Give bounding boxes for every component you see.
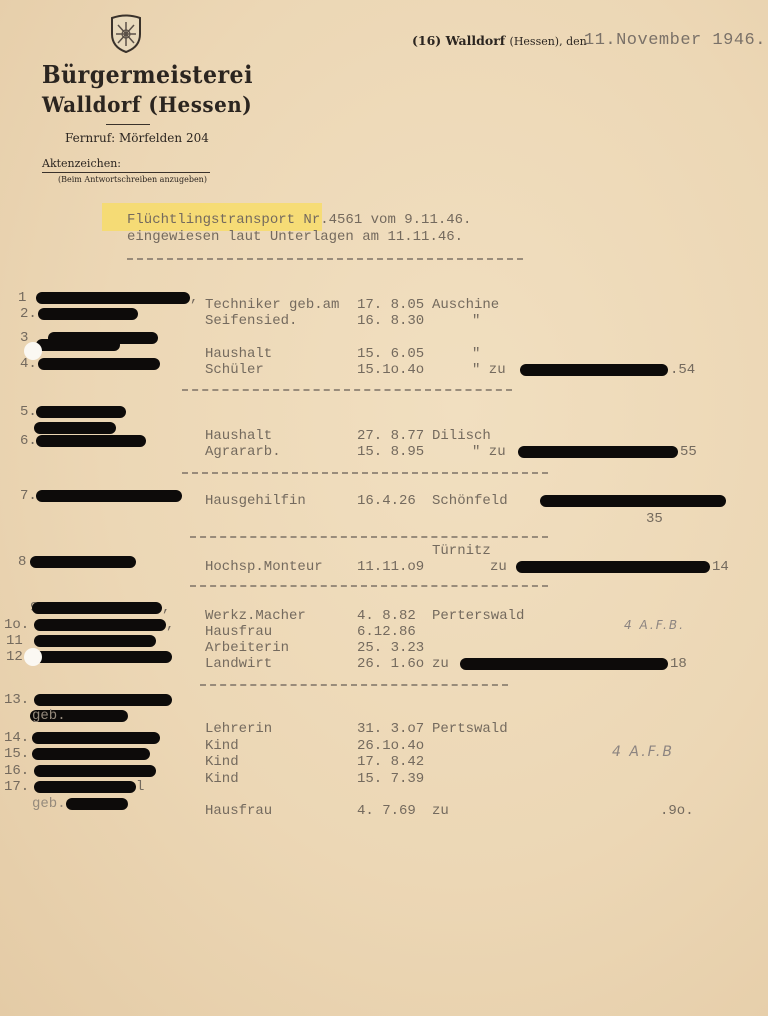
maiden-name-prefix: geb. xyxy=(32,708,66,724)
destination-number: 35 xyxy=(646,511,663,527)
redaction-bar xyxy=(36,406,126,418)
reference-label: Aktenzeichen: xyxy=(42,157,121,170)
origin: " zu xyxy=(472,444,506,460)
entry-number: 5. xyxy=(20,404,37,420)
birth-date: 31. 3.o7 xyxy=(357,721,424,737)
name-suffix: , xyxy=(162,600,170,616)
redaction-bar xyxy=(34,651,172,663)
birth-date: 26. 1.6o xyxy=(357,656,424,672)
occupation: Landwirt xyxy=(205,656,272,672)
reference-note: (Beim Antwortschreiben anzugeben) xyxy=(58,175,207,184)
occupation: Hausfrau xyxy=(205,803,272,819)
occupation: Kind xyxy=(205,771,239,787)
occupation: Haushalt xyxy=(205,346,272,362)
place-line: (16) Walldorf (Hessen), den xyxy=(412,33,587,48)
entry-number: 6. xyxy=(20,433,37,449)
redaction-bar xyxy=(460,658,668,670)
redaction-bar xyxy=(32,602,162,614)
destination-number: .54 xyxy=(670,362,695,378)
origin: Perterswald xyxy=(432,608,524,624)
birth-date: 15. 7.39 xyxy=(357,771,424,787)
origin: " zu xyxy=(472,362,506,378)
origin: Dilisch xyxy=(432,428,491,444)
destination-number: 18 xyxy=(670,656,687,672)
birth-date: 15. 8.95 xyxy=(357,444,424,460)
redaction-bar xyxy=(36,490,182,502)
birth-date: 4. 7.69 xyxy=(357,803,416,819)
entry-number: 2. xyxy=(20,306,37,322)
redaction-bar xyxy=(66,798,128,810)
divider xyxy=(127,258,523,260)
entry-number: 11 xyxy=(6,633,23,649)
destination-prefix: zu xyxy=(490,559,507,575)
redaction-bar xyxy=(518,446,678,458)
birth-date: 27. 8.77 xyxy=(357,428,424,444)
occupation: Hausgehilfin xyxy=(205,493,306,509)
entry-number: 1o. xyxy=(4,617,29,633)
redaction-bar xyxy=(34,694,172,706)
birth-date: 6.12.86 xyxy=(357,624,416,640)
occupation: Techniker geb.am xyxy=(205,297,339,313)
annotation-group-b: 4 A.F.B xyxy=(612,744,674,760)
punch-hole xyxy=(24,648,42,666)
occupation: Haushalt xyxy=(205,428,272,444)
birth-date: 15.1o.4o xyxy=(357,362,424,378)
letterhead-subtitle: Walldorf (Hessen) xyxy=(42,92,252,117)
origin: zu xyxy=(432,656,449,672)
birth-date: 17. 8.42 xyxy=(357,754,424,770)
destination-number: 14 xyxy=(712,559,729,575)
entry-number: 17. xyxy=(4,779,29,795)
birth-date: 11.11.o9 xyxy=(357,559,424,575)
redaction-bar xyxy=(36,339,120,351)
redaction-bar xyxy=(34,422,116,434)
redaction-bar xyxy=(34,781,136,793)
divider xyxy=(106,124,150,125)
punch-hole xyxy=(24,342,42,360)
entry-number: 1 xyxy=(18,290,26,306)
entry-number: 16. xyxy=(4,763,29,779)
origin: zu xyxy=(432,803,449,819)
redaction-bar xyxy=(34,765,156,777)
origin: " xyxy=(472,313,480,329)
redaction-bar xyxy=(32,732,160,744)
reference-rule xyxy=(42,172,210,173)
birth-date: 16. 8.30 xyxy=(357,313,424,329)
entry-number: 8 xyxy=(18,554,26,570)
annotation-group-a: 4 A.F.B. xyxy=(624,618,685,632)
redaction-bar xyxy=(32,748,150,760)
occupation: Kind xyxy=(205,754,239,770)
occupation: Hausfrau xyxy=(205,624,272,640)
redaction-bar xyxy=(38,308,138,320)
origin: Pertswald xyxy=(432,721,508,737)
birth-date: 26.1o.4o xyxy=(357,738,424,754)
phone-line: Fernruf: Mörfelden 204 xyxy=(65,131,209,145)
name-suffix: l xyxy=(136,779,144,795)
birth-date: 17. 8.05 xyxy=(357,297,424,313)
entry-number: 14. xyxy=(4,730,29,746)
occupation: Werkz.Macher xyxy=(205,608,306,624)
letterhead-title: Bürgermeisterei xyxy=(42,60,253,89)
redaction-bar xyxy=(30,556,136,568)
place-region: (Hessen), den xyxy=(510,35,587,48)
redaction-bar xyxy=(34,635,156,647)
divider xyxy=(182,472,548,474)
entry-number: 13. xyxy=(4,692,29,708)
origin: " xyxy=(472,346,480,362)
birth-date: 4. 8.82 xyxy=(357,608,416,624)
birth-date: 15. 6.05 xyxy=(357,346,424,362)
birth-date: 16.4.26 xyxy=(357,493,416,509)
coat-of-arms-icon xyxy=(109,14,143,54)
redaction-bar xyxy=(540,495,726,507)
occupation: Hochsp.Monteur xyxy=(205,559,323,575)
origin: Auschine xyxy=(432,297,499,313)
occupation: Kind xyxy=(205,738,239,754)
occupation: Seifensied. xyxy=(205,313,297,329)
divider xyxy=(182,389,512,391)
entry-number: 15. xyxy=(4,746,29,762)
destination-number: .9o. xyxy=(660,803,694,819)
redaction-bar xyxy=(36,292,190,304)
redaction-bar xyxy=(36,435,146,447)
name-suffix: , xyxy=(190,290,198,306)
divider xyxy=(190,536,548,538)
occupation: Arbeiterin xyxy=(205,640,289,656)
place-prefix: (16) Walldorf xyxy=(412,33,505,48)
redaction-bar xyxy=(520,364,668,376)
divider xyxy=(200,684,508,686)
entry-number: 7. xyxy=(20,488,37,504)
origin: Schönfeld xyxy=(432,493,508,509)
occupation: Schüler xyxy=(205,362,264,378)
birth-date: 25. 3.23 xyxy=(357,640,424,656)
subject-line-1: Flüchtlingstransport Nr.4561 vom 9.11.46… xyxy=(127,212,471,228)
destination-number: 55 xyxy=(680,444,697,460)
subject-line-2: eingewiesen laut Unterlagen am 11.11.46. xyxy=(127,229,463,245)
name-suffix: , xyxy=(166,617,174,633)
redaction-bar xyxy=(38,358,160,370)
occupation: Agrararb. xyxy=(205,444,281,460)
redaction-bar xyxy=(516,561,710,573)
maiden-name-prefix: geb. xyxy=(32,796,66,812)
origin: Türnitz xyxy=(432,543,491,559)
redaction-bar xyxy=(34,619,166,631)
letter-date: 11.November 1946. xyxy=(584,31,766,50)
occupation: Lehrerin xyxy=(205,721,272,737)
divider xyxy=(190,585,548,587)
